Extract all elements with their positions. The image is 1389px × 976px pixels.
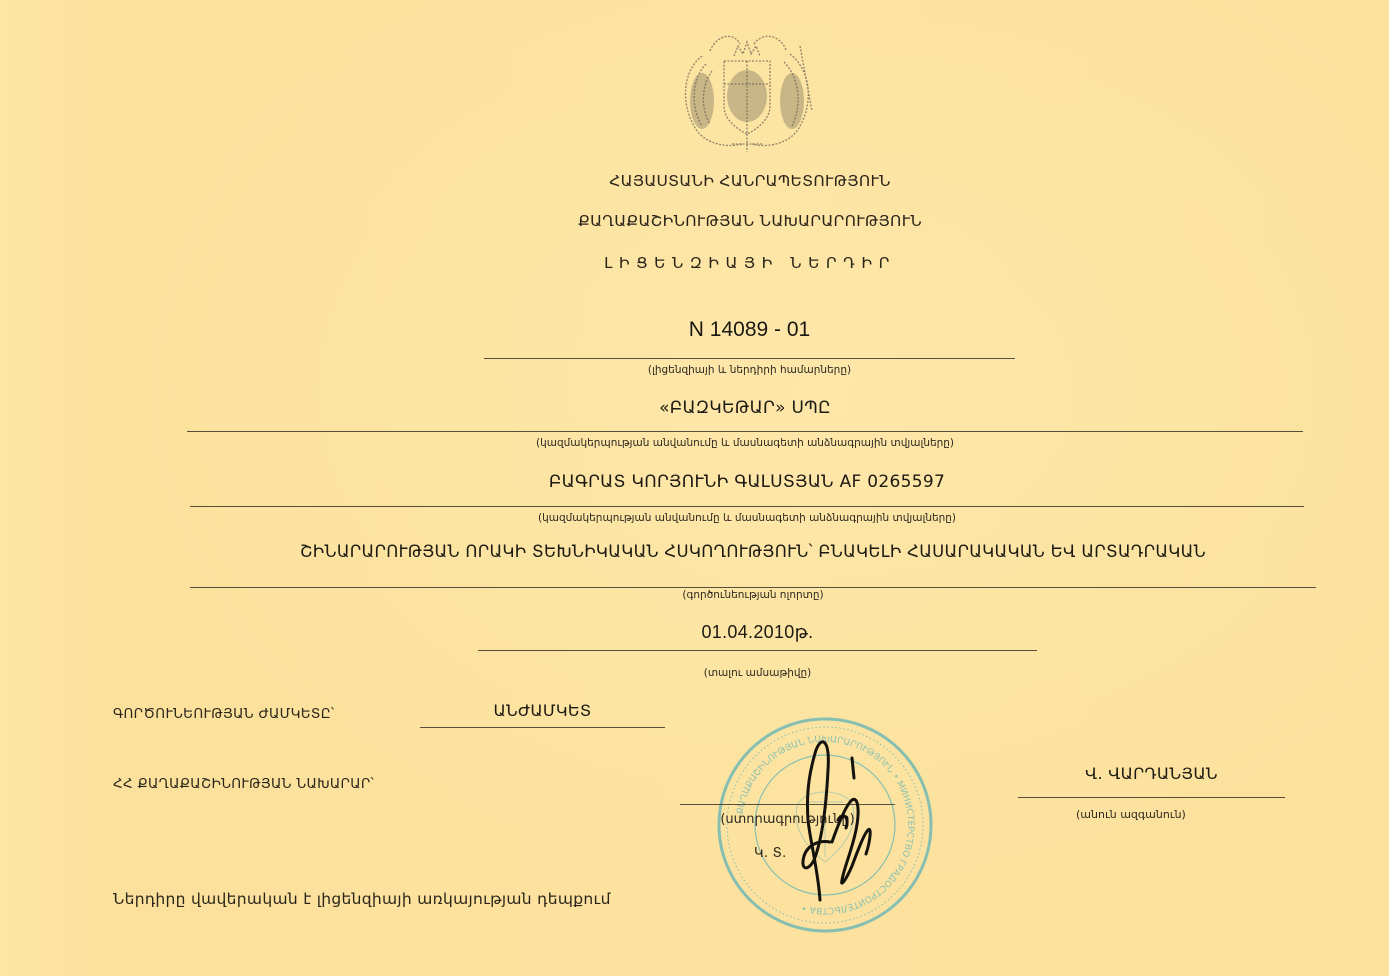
document-page: ՀԱՅԱՍՏԱՆԻ ՀԱՆՐԱՊԵՏՈՒԹՅՈՒՆ ՔԱՂԱՔԱՇԻՆՈՒԹՅԱ… [0, 0, 1389, 976]
validity-value: ԱՆԺԱՄԿԵՏ [420, 701, 665, 720]
ministry-heading: ՔԱՂԱՔԱՇԻՆՈՒԹՅԱՆ ՆԱԽԱՐԱՐՈՒԹՅՈՒՆ [0, 212, 1389, 230]
specialist-name: ԲԱԳՐԱՏ ԿՈՐՅՈՒՆԻ ԳԱԼՍՏՅԱՆ AF 0265597 [190, 472, 1304, 492]
number-caption: (լիցենզիայի և ներդիրի համարները) [484, 364, 1015, 376]
signature-icon [780, 730, 890, 910]
organization-name: «ԲԱԶԿԵԹԱՐ» ՍՊԸ [187, 398, 1303, 418]
document-title: ԼԻՑԵՆԶԻԱՅԻ ՆԵՐԴԻՐ [0, 254, 1389, 272]
number-underline [484, 358, 1015, 359]
minister-label: ՀՀ ՔԱՂԱՔԱՇԻՆՈՒԹՅԱՆ ՆԱԽԱՐԱՐ՝ [113, 776, 374, 792]
minister-name: Վ. ՎԱՐԴԱՆՅԱՆ [1018, 764, 1285, 783]
country-heading: ՀԱՅԱՍՏԱՆԻ ՀԱՆՐԱՊԵՏՈՒԹՅՈՒՆ [0, 172, 1389, 190]
specialist-caption: (կազմակերպության անվանումը և մասնագետի ա… [190, 512, 1304, 524]
activity-underline [190, 587, 1316, 588]
license-number: N 14089 - 01 [484, 318, 1015, 342]
name-caption: (անուն ազգանուն) [1076, 808, 1186, 821]
activity-caption: (գործունեության ոլորտը) [190, 589, 1316, 601]
activity-scope: ՇԻՆԱՐԱՐՈՒԹՅԱՆ ՈՐԱԿԻ ՏԵԽՆԻԿԱԿԱՆ ՀՍԿՈՂՈՒԹՅ… [190, 542, 1316, 561]
organization-underline [187, 431, 1303, 432]
date-caption: (տալու ամսաթիվը) [478, 667, 1037, 679]
coat-of-arms-icon [672, 16, 822, 156]
validity-label: ԳՈՐԾՈՒՆԵՈՒԹՅԱՆ ԺԱՄԿԵՏԸ՝ [113, 706, 334, 722]
specialist-underline [190, 506, 1304, 507]
name-underline [1018, 797, 1285, 798]
footer-note: Ներդիրը վավերական է լիցենզիայի առկայությ… [113, 890, 611, 908]
validity-underline [420, 727, 665, 728]
organization-caption: (կազմակերպության անվանումը և մասնագետի ա… [187, 437, 1303, 449]
date-underline [478, 650, 1037, 651]
issue-date: 01.04.2010թ. [478, 622, 1037, 643]
